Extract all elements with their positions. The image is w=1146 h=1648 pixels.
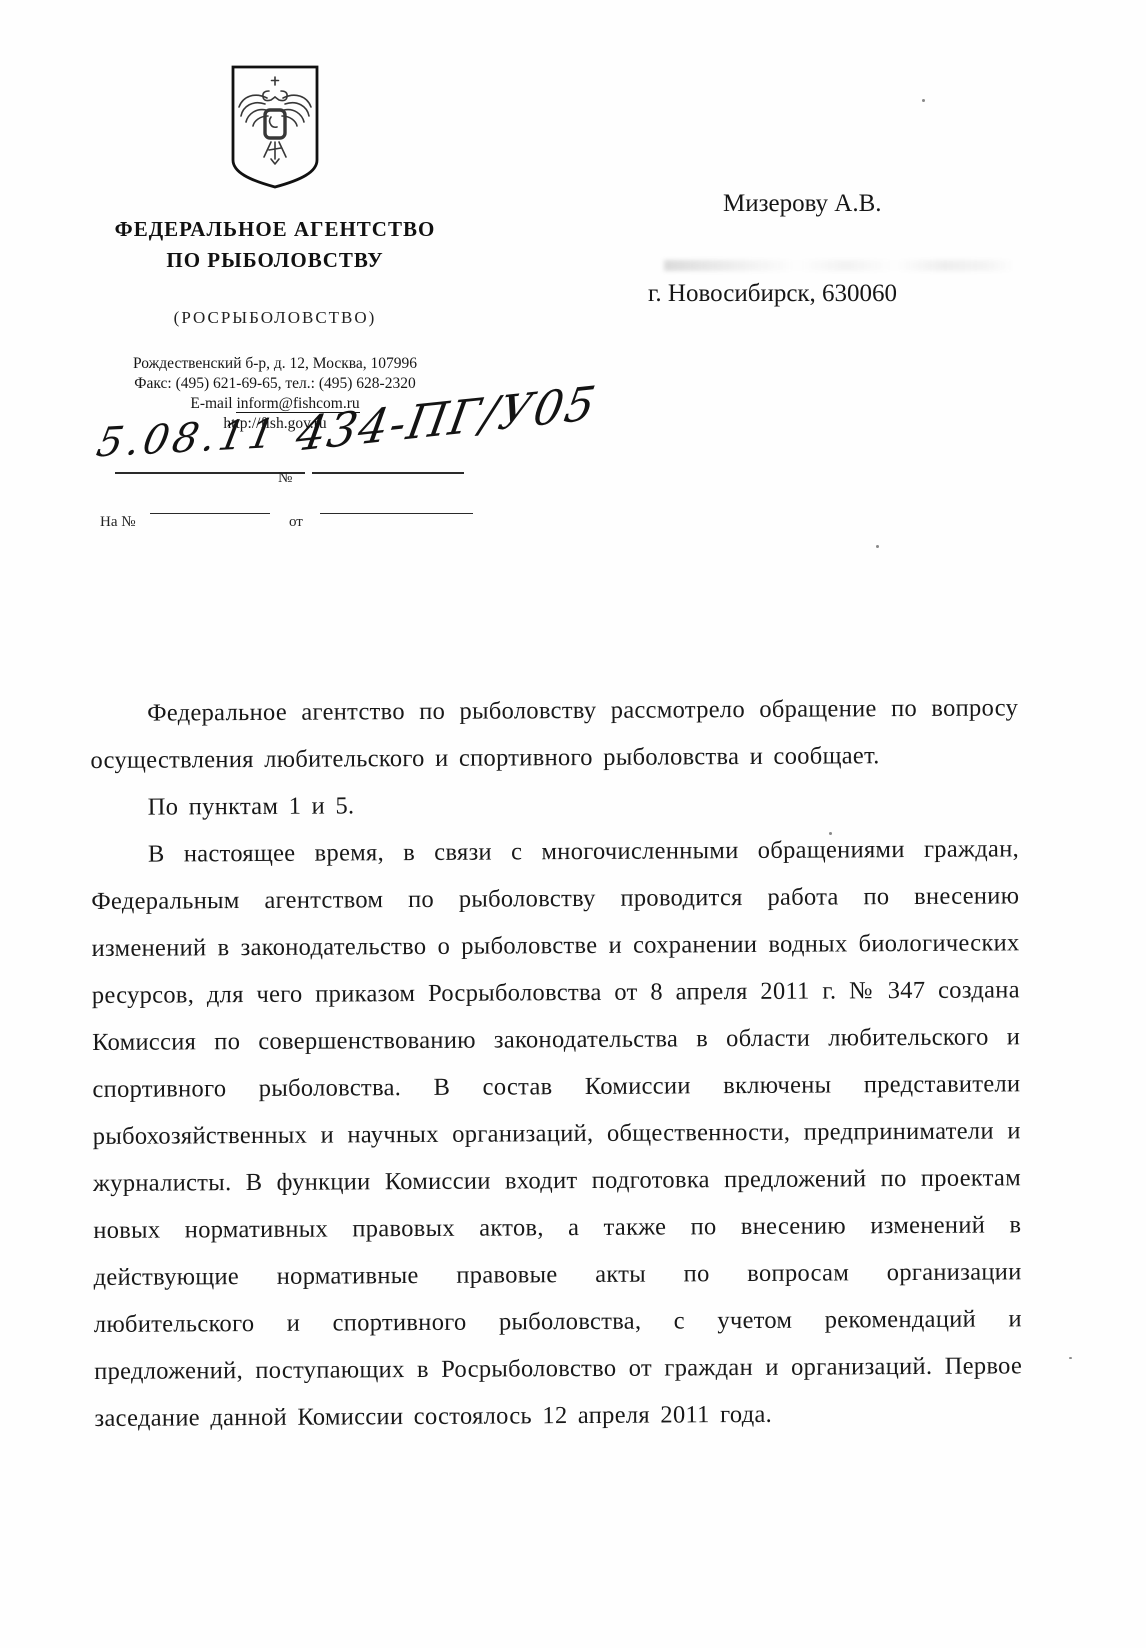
postal-address: Рождественский б-р, д. 12, Москва, 10799… (55, 354, 495, 374)
email-label: E-mail (190, 395, 232, 412)
letter-body: Федеральное агентство по рыболовству рас… (90, 684, 1023, 1442)
organization-name-line1: ФЕДЕРАЛЬНОЕ АГЕНТСТВО (55, 214, 495, 245)
coat-of-arms-icon (229, 64, 321, 190)
number-underline (312, 472, 464, 474)
paragraph-points: По пунктам 1 и 5. (91, 778, 1019, 831)
incoming-date-underline (320, 513, 473, 514)
organization-name: ФЕДЕРАЛЬНОЕ АГЕНТСТВО ПО РЫБОЛОВСТВУ (55, 214, 495, 276)
recipient-city: г. Новосибирск, 630060 (648, 280, 897, 308)
number-sign: № (278, 470, 292, 487)
organization-name-line2: ПО РЫБОЛОВСТВУ (55, 245, 495, 276)
scan-speck (876, 545, 879, 548)
fax-phone-line: Факс: (495) 621-69-65, тел.: (495) 628-2… (55, 374, 495, 394)
paragraph-intro: Федеральное агентство по рыболовству рас… (90, 684, 1019, 784)
scan-speck (922, 99, 925, 102)
scan-speck (1069, 1357, 1072, 1359)
letterhead: ФЕДЕРАЛЬНОЕ АГЕНТСТВО ПО РЫБОЛОВСТВУ (РО… (55, 64, 495, 434)
scanned-letter-page: ФЕДЕРАЛЬНОЕ АГЕНТСТВО ПО РЫБОЛОВСТВУ (РО… (0, 0, 1146, 1648)
paragraph-commission: В настоящее время, в связи с многочислен… (91, 825, 1023, 1442)
date-underline (115, 472, 305, 474)
incoming-number-underline (150, 513, 270, 514)
incoming-from-label: от (289, 514, 303, 531)
recipient-name: Мизерову А.В. (723, 190, 882, 218)
incoming-ref-label: На № (100, 514, 136, 531)
organization-short-name: (РОСРЫБОЛОВСТВО) (55, 308, 495, 328)
scan-speck (829, 832, 832, 835)
erased-address-line (664, 260, 1014, 271)
handwritten-date: 5.08.11 (93, 411, 282, 467)
